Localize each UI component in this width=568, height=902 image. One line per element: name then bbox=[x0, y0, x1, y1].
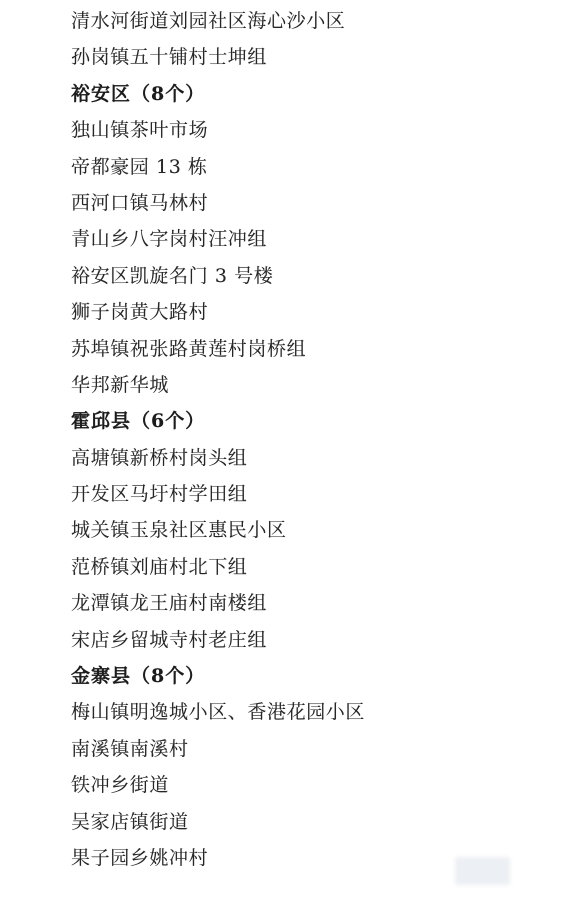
list-item: 龙潭镇龙王庙村南楼组 bbox=[71, 585, 548, 621]
list-item: 清水河街道刘园社区海心沙小区 bbox=[71, 3, 548, 39]
location-list: 清水河街道刘园社区海心沙小区 孙岗镇五十铺村士坤组 裕安区（8个） 独山镇茶叶市… bbox=[71, 3, 548, 876]
list-item: 铁冲乡街道 bbox=[71, 767, 548, 803]
list-item: 西河口镇马林村 bbox=[71, 185, 548, 221]
scanned-document-page: 清水河街道刘园社区海心沙小区 孙岗镇五十铺村士坤组 裕安区（8个） 独山镇茶叶市… bbox=[0, 0, 568, 902]
list-item: 孙岗镇五十铺村士坤组 bbox=[71, 39, 548, 75]
list-item: 开发区马圩村学田组 bbox=[71, 476, 548, 512]
list-item: 南溪镇南溪村 bbox=[71, 731, 548, 767]
list-item: 宋店乡留城寺村老庄组 bbox=[71, 622, 548, 658]
scan-artifact-smudge bbox=[455, 857, 510, 885]
list-item: 苏埠镇祝张路黄莲村岗桥组 bbox=[71, 331, 548, 367]
list-item: 狮子岗黄大路村 bbox=[71, 294, 548, 330]
list-item: 范桥镇刘庙村北下组 bbox=[71, 549, 548, 585]
list-item: 梅山镇明逸城小区、香港花园小区 bbox=[71, 694, 548, 730]
list-item: 青山乡八字岗村汪冲组 bbox=[71, 221, 548, 257]
list-item: 吴家店镇街道 bbox=[71, 804, 548, 840]
list-item: 帝都豪园 13 栋 bbox=[71, 149, 548, 185]
list-item: 裕安区凯旋名门 3 号楼 bbox=[71, 258, 548, 294]
section-header-jinzhai: 金寨县（8个） bbox=[71, 658, 548, 694]
list-item: 高塘镇新桥村岗头组 bbox=[71, 440, 548, 476]
section-header-yuanqu: 裕安区（8个） bbox=[71, 76, 548, 112]
section-header-huoqiu: 霍邱县（6个） bbox=[71, 403, 548, 439]
list-item: 独山镇茶叶市场 bbox=[71, 112, 548, 148]
list-item: 城关镇玉泉社区惠民小区 bbox=[71, 512, 548, 548]
list-item: 华邦新华城 bbox=[71, 367, 548, 403]
